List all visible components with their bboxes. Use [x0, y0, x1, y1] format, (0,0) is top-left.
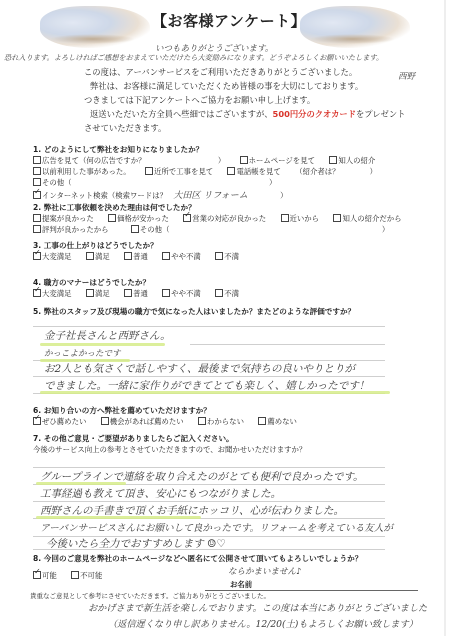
q8-handwritten-note: ならかまいません♪ — [228, 565, 301, 577]
q7-label: 7. その他ご意見・ご要望がありましたらご記入ください。 — [33, 433, 234, 444]
paren-close: ） — [218, 156, 225, 165]
q2-option-nearby: 近いから — [290, 214, 320, 223]
q3-checkbox-very-satisfied[interactable] — [33, 252, 41, 260]
q1-checkbox-internet[interactable] — [33, 191, 41, 199]
survey-page: 【お客様アンケート】 いつもありがとうございます。 恐れ入ります。よろしければご… — [0, 0, 446, 636]
q7-answer-5: 今後いたら全力でおすすめします ☺♡ — [46, 536, 226, 551]
q2-option-reputation: 評判が良かったから — [42, 225, 109, 234]
q8-checkbox-allowed[interactable] — [33, 571, 41, 579]
q4-checkbox-dissatisfied[interactable] — [215, 289, 223, 297]
intro-line-5: させていただきます。 — [84, 122, 166, 134]
q6-option-unsure: わからない — [207, 417, 244, 426]
q8-checkbox-not-allowed[interactable] — [71, 571, 79, 579]
q1-referrer-label: （紹介者は？ — [295, 167, 339, 176]
q4-checkbox-very-satisfied[interactable] — [33, 289, 41, 297]
q3-checkbox-somewhat-dissatisfied[interactable] — [162, 252, 170, 260]
paren-close: ） — [269, 178, 276, 187]
q1-checkbox-ad[interactable] — [33, 156, 41, 164]
q2-label: 2. 弊社に工事依頼を決めた理由は何でしたか？ — [33, 202, 196, 213]
intro-line-3: つきましては下記アンケートへご協力をお願い申し上げます。 — [84, 94, 315, 106]
q1-option-nearby: 近所で工事を見て — [154, 167, 213, 176]
q5-answer-line — [190, 344, 385, 345]
q3-option-normal: 普通 — [133, 252, 148, 261]
q8-option-not-allowed: 不可能 — [80, 571, 102, 580]
q3-option-satisfied: 満足 — [95, 252, 110, 261]
footer-thanks: 貴重なご意見として参考にさせていただきます。ご協力ありがとうございました。 — [30, 591, 270, 600]
q7-sublabel: 今後のサービス向上の参考とさせていただきますので、お聞かせいただけますか？ — [33, 444, 306, 455]
q1-option-homepage: ホームページを見て — [249, 156, 315, 165]
q1-option-internet: インターネット検索（検索ワードは？ — [42, 191, 167, 200]
q6-checkbox-definitely[interactable] — [33, 417, 41, 425]
q7-answer-line — [33, 467, 385, 468]
q1-checkbox-prior-use[interactable] — [33, 167, 41, 175]
q7-answer-2: 工事経過も教えて頂き、安心にもつながりました。 — [40, 486, 281, 501]
q7-answer-4: アーバンサービスさんにお願いして良かったです。リフォームを考えている友人が — [40, 520, 393, 534]
q1-checkbox-referral[interactable] — [329, 156, 337, 164]
q5-answer-2: かっこよかったです — [44, 347, 121, 359]
q6-checkbox-unsure[interactable] — [198, 417, 206, 425]
q5-label: 5. 弊社のスタッフ及び現場の職方で気になった人はいましたか？またどのような評価… — [33, 306, 355, 317]
intro-line-4: 返送いただいた方全員へ些細ではございますが、500円分のクオカードをプレゼント — [90, 108, 405, 120]
q4-label: 4. 職方のマナーはどうでしたか？ — [33, 277, 150, 288]
q1-option-phonebook: 電話帳を見て — [236, 167, 280, 176]
q8-label: 8. 今回のご意見を弊社のホームページなどへ匿名にて公開させて頂いてもよろしいで… — [33, 553, 362, 564]
paren-close: ） — [280, 191, 287, 200]
q2-row-2: 評判が良かったから その他（ ） — [33, 224, 389, 235]
handwritten-greeting-line2: 恐れ入ります。よろしければご感想をおまえていただけたら大変励みになります。どうぞ… — [4, 53, 383, 63]
q1-checkbox-other[interactable] — [33, 178, 41, 186]
name-label: お名前 — [230, 579, 252, 590]
q4-option-somewhat-dissatisfied: やや不満 — [171, 289, 201, 298]
intro-line-4-pre: 返送いただいた方全員へ些細ではございますが、 — [90, 109, 273, 119]
q6-option-if-chance: 機会があれば薦めたい — [110, 417, 184, 426]
quo-card-highlight: 500円分のクオカード — [273, 109, 356, 119]
q1-row-1: 広告を見て（何の広告ですか？ ） ホームページを見て 知人の紹介 — [33, 155, 375, 166]
q2-checkbox-proposal[interactable] — [33, 214, 41, 222]
q4-option-satisfied: 満足 — [95, 289, 110, 298]
q3-checkbox-normal[interactable] — [124, 252, 132, 260]
q4-options: 大変満足 満足 普通 やや不満 不満 — [33, 288, 239, 299]
q1-search-word: 大田区 リフォーム — [173, 191, 247, 201]
q2-option-price: 価格が安かった — [117, 214, 169, 223]
q2-checkbox-other[interactable] — [131, 225, 139, 233]
q1-option-referral: 知人の紹介 — [338, 156, 375, 165]
intro-line-2: 弊社は、お客様に満足していただくため皆様の事を大切にしております。 — [90, 80, 363, 92]
q2-option-referral: 知人の紹介だから — [342, 214, 401, 223]
handwritten-signature: 西野 — [398, 70, 415, 82]
q3-option-very-satisfied: 大変満足 — [42, 252, 72, 261]
q2-row-1: 提案が良かった 価格が安かった 営業の対応が良かった 近いから 知人の紹介だから — [33, 213, 402, 224]
footer-handwritten-1: おかげさまで新生活を楽しんでおります。この度は本当にありがとうございました — [88, 600, 427, 614]
q5-answer-line — [33, 376, 385, 377]
q3-option-somewhat-dissatisfied: やや不満 — [171, 252, 201, 261]
q5-answer-4: できました。一緒に家作りができてとても楽しく、嬉しかったです！ — [44, 378, 369, 393]
q2-checkbox-sales[interactable] — [183, 214, 191, 222]
q2-checkbox-referral[interactable] — [333, 214, 341, 222]
q1-checkbox-phonebook[interactable] — [227, 167, 235, 175]
q6-option-no: 薦めない — [267, 417, 297, 426]
paren-close: ） — [382, 225, 389, 234]
q3-checkbox-satisfied[interactable] — [86, 252, 94, 260]
q1-option-other: その他（ — [42, 178, 72, 187]
q4-checkbox-somewhat-dissatisfied[interactable] — [162, 289, 170, 297]
q5-answer-1: 金子社長さんと西野さん。 — [44, 328, 171, 343]
q7-answer-1: グループラインで連絡を取り合えたのがとても便利で良かったです。 — [40, 469, 364, 484]
q2-checkbox-nearby[interactable] — [281, 214, 289, 222]
q8-option-allowed: 可能 — [42, 571, 57, 580]
q2-option-other: その他（ — [140, 225, 170, 234]
q1-checkbox-homepage[interactable] — [240, 156, 248, 164]
q6-options: ぜひ薦めたい 機会があれば薦めたい わからない 薦めない — [33, 416, 297, 427]
q2-option-sales: 営業の対応が良かった — [192, 214, 266, 223]
q5-answer-line — [33, 326, 385, 327]
q4-option-normal: 普通 — [133, 289, 148, 298]
q4-option-very-satisfied: 大変満足 — [42, 289, 72, 298]
q3-options: 大変満足 満足 普通 やや不満 不満 — [33, 251, 239, 262]
q6-option-definitely: ぜひ薦めたい — [42, 417, 86, 426]
q6-checkbox-no[interactable] — [258, 417, 266, 425]
q7-answer-3: 西野さんの手書きで頂くお手紙にホッコリ、心が伝わりました。 — [40, 503, 344, 518]
q3-checkbox-dissatisfied[interactable] — [215, 252, 223, 260]
highlighter-mark — [40, 343, 165, 346]
q1-option-ad: 広告を見て（何の広告ですか？ — [42, 156, 145, 165]
q4-checkbox-satisfied[interactable] — [86, 289, 94, 297]
q1-option-prior-use: 以前利用した事があった。 — [42, 167, 131, 176]
q3-label: 3. 工事の仕上がりはどうでしたか？ — [33, 240, 158, 251]
q1-row-4: インターネット検索（検索ワードは？ 大田区 リフォーム ） — [33, 188, 288, 201]
q5-answer-3: お2人とも気さくで話しやすく、最後まで気持ちの良いやりとりが — [44, 361, 355, 376]
page-title: 【お客様アンケート】 — [152, 10, 306, 31]
q4-checkbox-normal[interactable] — [124, 289, 132, 297]
q4-option-dissatisfied: 不満 — [224, 289, 239, 298]
q2-checkbox-price[interactable] — [108, 214, 116, 222]
q1-label: 1. どのようにして弊社をお知りになりましたか？ — [33, 144, 203, 155]
q2-option-proposal: 提案が良かった — [42, 214, 94, 223]
q6-label: 6. お知り合いの方へ弊社を薦めていただけますか？ — [33, 405, 211, 416]
q6-checkbox-if-chance[interactable] — [101, 417, 109, 425]
q1-row-2: 以前利用した事があった。 近所で工事を見て 電話帳を見て （紹介者は？） — [33, 166, 377, 177]
intro-line-4-post: をプレゼント — [356, 109, 405, 119]
footer-handwritten-2: （返信遅くなり申し訳ありません。12/20(土)もよろしくお願い致します） — [108, 616, 418, 630]
q7-answer-line — [33, 501, 385, 502]
q1-checkbox-nearby[interactable] — [145, 167, 153, 175]
q1-row-3: その他（ ） — [33, 177, 276, 188]
q3-option-dissatisfied: 不満 — [224, 252, 239, 261]
paren-close: ） — [370, 167, 377, 176]
q8-options: 可能 不可能 — [33, 570, 102, 581]
flower-illustration-left — [40, 6, 150, 48]
q2-checkbox-reputation[interactable] — [33, 225, 41, 233]
intro-line-1: この度は、アーバンサービスをご利用いただきありがとうございました。 — [84, 66, 357, 78]
flower-illustration-right — [300, 6, 410, 48]
